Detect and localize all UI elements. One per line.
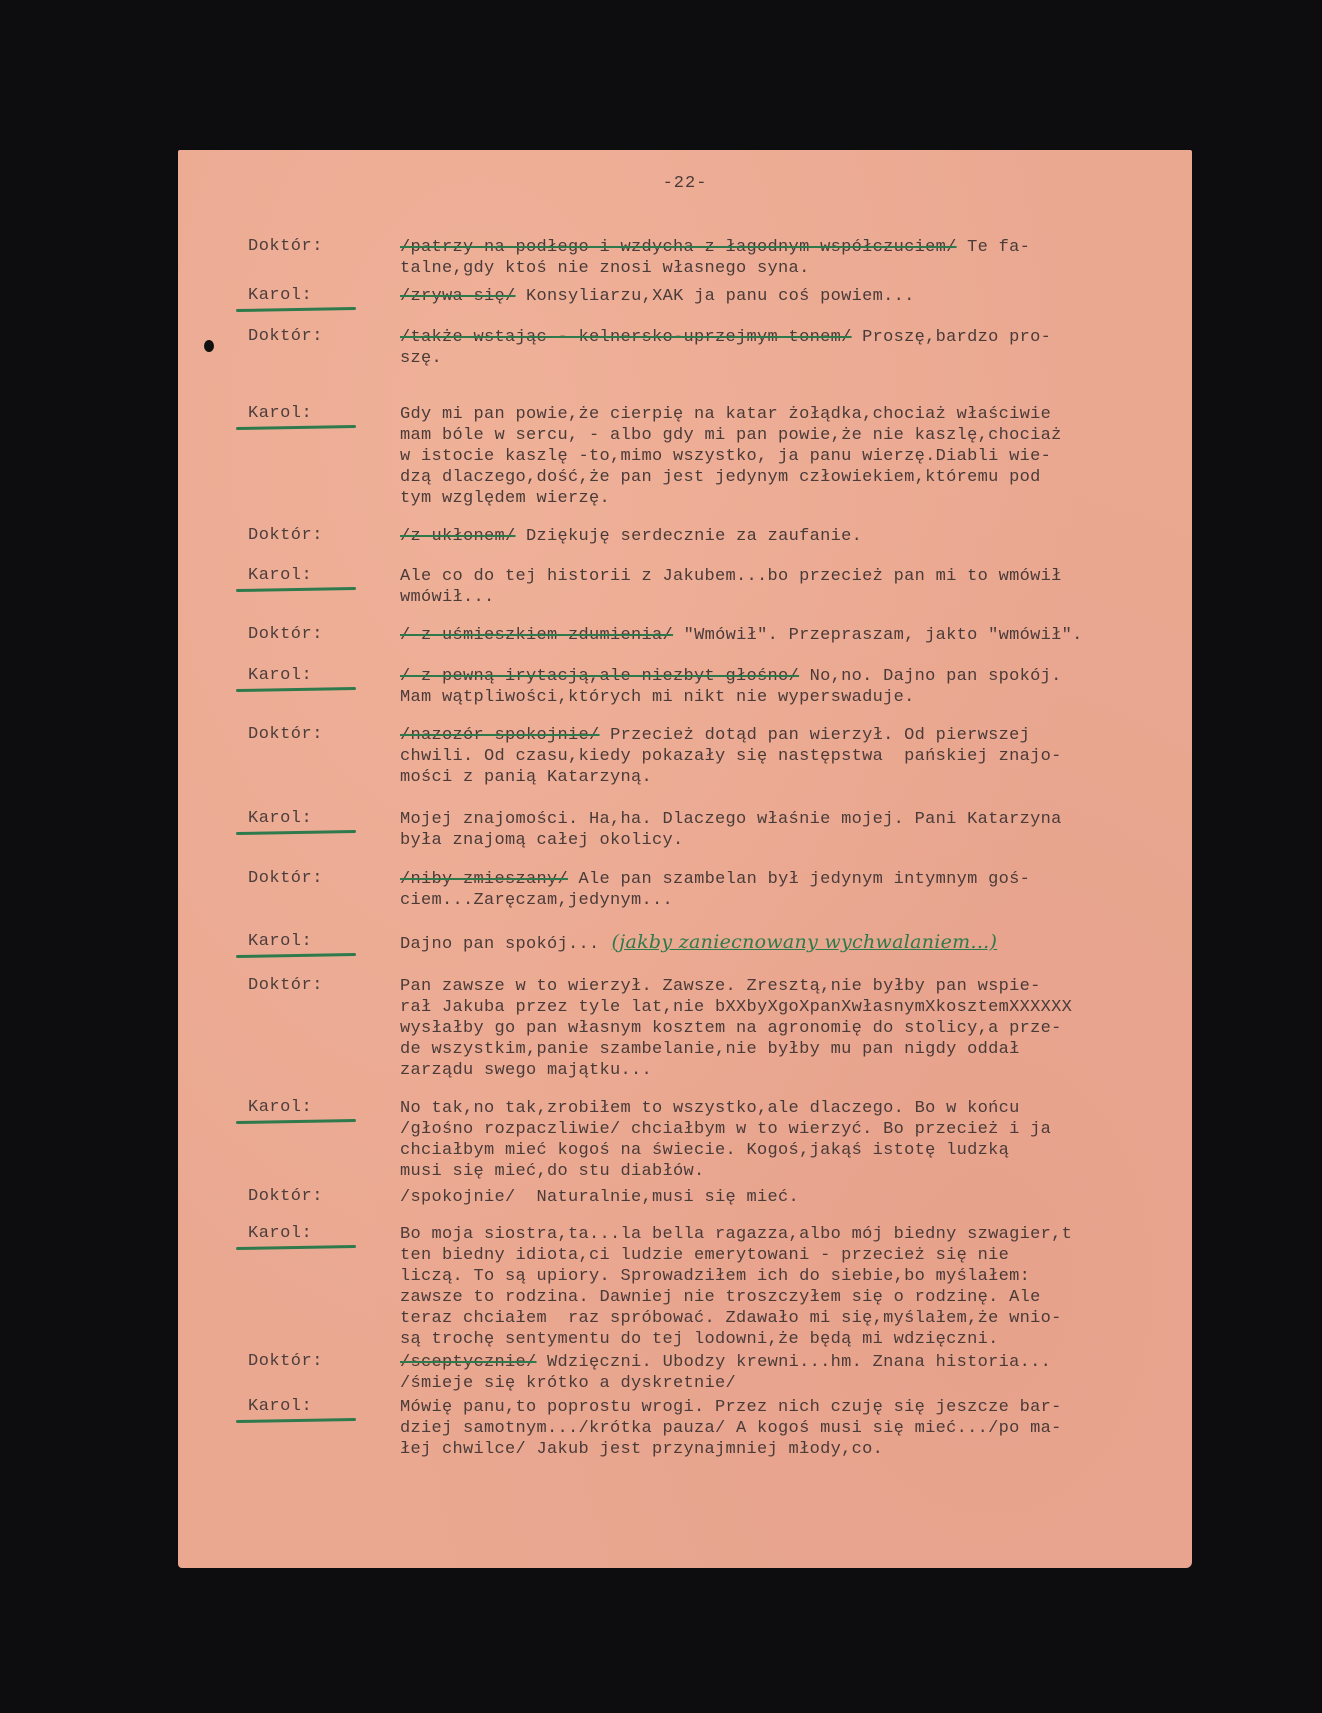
speaker-label: Doktór: xyxy=(248,976,323,995)
line-text: /głośno rozpaczliwie/ chciałbym w to wie… xyxy=(400,1120,1051,1139)
text-line: ciem...Zaręczam,jedynym... xyxy=(400,890,1200,911)
text-line: /nazozór spokojnie/ Przecież dotąd pan w… xyxy=(400,725,1200,746)
text-line: musi się mieć,do stu diabłów. xyxy=(400,1161,1200,1182)
text-line: mości z panią Katarzyną. xyxy=(400,767,1200,788)
speaker-underline-mark xyxy=(236,587,356,592)
speaker-underline-mark xyxy=(236,830,356,835)
line-text: chciałbym mieć kogoś na świecie. Kogoś,j… xyxy=(400,1141,1009,1160)
dialogue-text: Pan zawsze w to wierzył. Zawsze. Zresztą… xyxy=(400,976,1200,1081)
line-text: była znajomą całej okolicy. xyxy=(400,831,684,850)
text-line: w istocie kaszlę -to,mimo wszystko, ja p… xyxy=(400,446,1200,467)
line-text: liczą. To są upiory. Sprowadziłem ich do… xyxy=(400,1267,1030,1286)
line-text: w istocie kaszlę -to,mimo wszystko, ja p… xyxy=(400,447,1051,466)
text-line: wmówił... xyxy=(400,587,1200,608)
struck-stage-direction: /patrzy na podłego i wzdycha z łagodnym … xyxy=(400,238,957,257)
text-line: / z pewną irytacją,ale niezbyt głośno/ N… xyxy=(400,666,1200,687)
text-line: dziej samotnym.../krótka pauza/ A kogoś … xyxy=(400,1418,1200,1439)
text-line: de wszystkim,panie szambelanie,nie byłby… xyxy=(400,1039,1200,1060)
line-text: de wszystkim,panie szambelanie,nie byłby… xyxy=(400,1040,1020,1059)
struck-stage-direction: / z uśmieszkiem zdumienia/ xyxy=(400,626,673,645)
text-line: /śmieje się krótko a dyskretnie/ xyxy=(400,1373,1200,1394)
line-text: są trochę sentymentu do tej lodowni,że b… xyxy=(400,1330,999,1349)
text-line: teraz chciałem raz spróbować. Zdawało mi… xyxy=(400,1308,1200,1329)
line-text: Te fa- xyxy=(967,238,1030,257)
speaker-label: Doktór: xyxy=(248,237,323,256)
struck-stage-direction: /także wstając - kelnersko-uprzejmym ton… xyxy=(400,328,852,347)
dialogue-text: Bo moja siostra,ta...la bella ragazza,al… xyxy=(400,1224,1200,1350)
line-text: mości z panią Katarzyną. xyxy=(400,768,652,787)
speaker-label: Doktór: xyxy=(248,1187,323,1206)
text-line: Dajno pan spokój...(jakby zaniecnowany w… xyxy=(400,932,1200,955)
speaker-underline-mark xyxy=(236,307,356,312)
speaker-label: Karol: xyxy=(248,1224,312,1243)
line-text: Pan zawsze w to wierzył. Zawsze. Zresztą… xyxy=(400,977,1041,996)
line-text: talne,gdy ktoś nie znosi własnego syna. xyxy=(400,259,810,278)
line-text: Dajno pan spokój... xyxy=(400,935,600,954)
speaker-label: Doktór: xyxy=(248,327,323,346)
line-text: chwili. Od czasu,kiedy pokazały się nast… xyxy=(400,747,1062,766)
text-line: Mam wątpliwości,których mi nikt nie wype… xyxy=(400,687,1200,708)
speaker-label: Doktór: xyxy=(248,725,323,744)
line-text: No,no. Dajno pan spokój. xyxy=(810,667,1062,686)
speaker-label: Doktór: xyxy=(248,869,323,888)
line-text: Dziękuję serdecznie za zaufanie. xyxy=(526,527,862,546)
line-text: dzą dlaczego,dość,że pan jest jedynym cz… xyxy=(400,468,1041,487)
dialogue-text: /nazozór spokojnie/ Przecież dotąd pan w… xyxy=(400,725,1200,788)
text-line: /także wstając - kelnersko-uprzejmym ton… xyxy=(400,327,1200,348)
text-line: zarządu swego majątku... xyxy=(400,1060,1200,1081)
speaker-underline-mark xyxy=(236,425,356,430)
text-line: Pan zawsze w to wierzył. Zawsze. Zresztą… xyxy=(400,976,1200,997)
speaker-label: Karol: xyxy=(248,809,312,828)
dialogue-text: /patrzy na podłego i wzdycha z łagodnym … xyxy=(400,237,1200,279)
line-text: ten biedny idiota,ci ludzie emerytowani … xyxy=(400,1246,1009,1265)
text-line: była znajomą całej okolicy. xyxy=(400,830,1200,851)
dialogue-text: Dajno pan spokój...(jakby zaniecnowany w… xyxy=(400,932,1200,955)
line-text: szę. xyxy=(400,349,442,368)
document-page: -22- Doktór:/patrzy na podłego i wzdycha… xyxy=(178,150,1192,1568)
line-text: Proszę,bardzo pro- xyxy=(862,328,1051,347)
struck-stage-direction: /z ukłonem/ xyxy=(400,527,516,546)
struck-stage-direction: /zrywa się/ xyxy=(400,287,516,306)
text-line: talne,gdy ktoś nie znosi własnego syna. xyxy=(400,258,1200,279)
dialogue-text: /z ukłonem/ Dziękuję serdecznie za zaufa… xyxy=(400,526,1200,547)
line-text: Konsyliarzu,XAK ja panu coś powiem... xyxy=(526,287,915,306)
dialogue-text: /zrywa się/ Konsyliarzu,XAK ja panu coś … xyxy=(400,286,1200,307)
speaker-label: Karol: xyxy=(248,404,312,423)
text-line: chciałbym mieć kogoś na świecie. Kogoś,j… xyxy=(400,1140,1200,1161)
struck-stage-direction: / z pewną irytacją,ale niezbyt głośno/ xyxy=(400,667,799,686)
line-text: Bo moja siostra,ta...la bella ragazza,al… xyxy=(400,1225,1072,1244)
speaker-label: Doktór: xyxy=(248,1352,323,1371)
dialogue-text: /także wstając - kelnersko-uprzejmym ton… xyxy=(400,327,1200,369)
struck-stage-direction: /nazozór spokojnie/ xyxy=(400,726,600,745)
dialogue-text: Gdy mi pan powie,że cierpię na katar żoł… xyxy=(400,404,1200,509)
speaker-label: Karol: xyxy=(248,1098,312,1117)
speaker-label: Karol: xyxy=(248,1397,312,1416)
line-text: Ale pan szambelan był jedynym intymnym g… xyxy=(579,870,1031,889)
dialogue-text: /spokojnie/ Naturalnie,musi się mieć. xyxy=(400,1187,1200,1208)
line-text: łej chwilce/ Jakub jest przynajmniej mło… xyxy=(400,1440,883,1459)
text-line: /głośno rozpaczliwie/ chciałbym w to wie… xyxy=(400,1119,1200,1140)
dialogue-text: No tak,no tak,zrobiłem to wszystko,ale d… xyxy=(400,1098,1200,1182)
text-line: łej chwilce/ Jakub jest przynajmniej mło… xyxy=(400,1439,1200,1460)
line-text: /śmieje się krótko a dyskretnie/ xyxy=(400,1374,736,1393)
speaker-label: Karol: xyxy=(248,286,312,305)
handwritten-note: (jakby zaniecnowany wychwalaniem...) xyxy=(612,931,998,953)
text-line: Ale co do tej historii z Jakubem...bo pr… xyxy=(400,566,1200,587)
speaker-label: Doktór: xyxy=(248,625,323,644)
speaker-label: Karol: xyxy=(248,932,312,951)
text-line: mam bóle w sercu, - albo gdy mi pan powi… xyxy=(400,425,1200,446)
text-line: Gdy mi pan powie,że cierpię na katar żoł… xyxy=(400,404,1200,425)
line-text: zarządu swego majątku... xyxy=(400,1061,652,1080)
text-line: /zrywa się/ Konsyliarzu,XAK ja panu coś … xyxy=(400,286,1200,307)
text-line: /z ukłonem/ Dziękuję serdecznie za zaufa… xyxy=(400,526,1200,547)
line-text: Gdy mi pan powie,że cierpię na katar żoł… xyxy=(400,405,1051,424)
speaker-underline-mark xyxy=(236,1245,356,1250)
line-text: mam bóle w sercu, - albo gdy mi pan powi… xyxy=(400,426,1062,445)
text-line: / z uśmieszkiem zdumienia/ "Wmówił". Prz… xyxy=(400,625,1200,646)
struck-stage-direction: /niby zmieszany/ xyxy=(400,870,568,889)
speaker-label: Karol: xyxy=(248,666,312,685)
speaker-label: Karol: xyxy=(248,566,312,585)
speaker-underline-mark xyxy=(236,1119,356,1124)
dialogue-text: /niby zmieszany/ Ale pan szambelan był j… xyxy=(400,869,1200,911)
text-line: szę. xyxy=(400,348,1200,369)
dialogue-text: / z pewną irytacją,ale niezbyt głośno/ N… xyxy=(400,666,1200,708)
speaker-underline-mark xyxy=(236,687,356,692)
line-text: No tak,no tak,zrobiłem to wszystko,ale d… xyxy=(400,1099,1020,1118)
line-text: "Wmówił". Przepraszam, jakto "wmówił". xyxy=(684,626,1083,645)
text-line: No tak,no tak,zrobiłem to wszystko,ale d… xyxy=(400,1098,1200,1119)
line-text: musi się mieć,do stu diabłów. xyxy=(400,1162,705,1181)
line-text: Ale co do tej historii z Jakubem...bo pr… xyxy=(400,567,1062,586)
text-line: chwili. Od czasu,kiedy pokazały się nast… xyxy=(400,746,1200,767)
line-text: dziej samotnym.../krótka pauza/ A kogoś … xyxy=(400,1419,1062,1438)
dialogue-text: / z uśmieszkiem zdumienia/ "Wmówił". Prz… xyxy=(400,625,1200,646)
line-text: rał Jakuba przez tyle lat,nie bXXbyXgoXp… xyxy=(400,998,1072,1017)
text-line: Bo moja siostra,ta...la bella ragazza,al… xyxy=(400,1224,1200,1245)
line-text: /spokojnie/ Naturalnie,musi się mieć. xyxy=(400,1188,799,1207)
speaker-underline-mark xyxy=(236,1418,356,1423)
struck-stage-direction: /sceptycznie/ xyxy=(400,1353,537,1372)
line-text: wmówił... xyxy=(400,588,495,607)
text-line: Mówię panu,to poprostu wrogi. Przez nich… xyxy=(400,1397,1200,1418)
text-line: są trochę sentymentu do tej lodowni,że b… xyxy=(400,1329,1200,1350)
dialogue-text: Mówię panu,to poprostu wrogi. Przez nich… xyxy=(400,1397,1200,1460)
text-line: Mojej znajomości. Ha,ha. Dlaczego właśni… xyxy=(400,809,1200,830)
text-line: dzą dlaczego,dość,że pan jest jedynym cz… xyxy=(400,467,1200,488)
speaker-underline-mark xyxy=(236,953,356,958)
dialogue-text: Mojej znajomości. Ha,ha. Dlaczego właśni… xyxy=(400,809,1200,851)
text-line: ten biedny idiota,ci ludzie emerytowani … xyxy=(400,1245,1200,1266)
text-line: /patrzy na podłego i wzdycha z łagodnym … xyxy=(400,237,1200,258)
punch-hole-mark xyxy=(204,340,214,352)
text-line: /niby zmieszany/ Ale pan szambelan był j… xyxy=(400,869,1200,890)
line-text: Mówię panu,to poprostu wrogi. Przez nich… xyxy=(400,1398,1062,1417)
text-line: liczą. To są upiory. Sprowadziłem ich do… xyxy=(400,1266,1200,1287)
text-line: wysłałby go pan własnym kosztem na agron… xyxy=(400,1018,1200,1039)
text-line: rał Jakuba przez tyle lat,nie bXXbyXgoXp… xyxy=(400,997,1200,1018)
text-line: /sceptycznie/ Wdzięczni. Ubodzy krewni..… xyxy=(400,1352,1200,1373)
text-line: zawsze to rodzina. Dawniej nie troszczył… xyxy=(400,1287,1200,1308)
line-text: wysłałby go pan własnym kosztem na agron… xyxy=(400,1019,1062,1038)
line-text: ciem...Zaręczam,jedynym... xyxy=(400,891,673,910)
text-line: tym względem wierzę. xyxy=(400,488,1200,509)
line-text: teraz chciałem raz spróbować. Zdawało mi… xyxy=(400,1309,1062,1328)
line-text: Mojej znajomości. Ha,ha. Dlaczego właśni… xyxy=(400,810,1062,829)
line-text: Wdzięczni. Ubodzy krewni...hm. Znana his… xyxy=(547,1353,1051,1372)
text-line: /spokojnie/ Naturalnie,musi się mieć. xyxy=(400,1187,1200,1208)
page-number: -22- xyxy=(178,174,1192,193)
line-text: Mam wątpliwości,których mi nikt nie wype… xyxy=(400,688,915,707)
dialogue-text: /sceptycznie/ Wdzięczni. Ubodzy krewni..… xyxy=(400,1352,1200,1394)
dialogue-text: Ale co do tej historii z Jakubem...bo pr… xyxy=(400,566,1200,608)
speaker-label: Doktór: xyxy=(248,526,323,545)
line-text: tym względem wierzę. xyxy=(400,489,610,508)
line-text: zawsze to rodzina. Dawniej nie troszczył… xyxy=(400,1288,1041,1307)
line-text: Przecież dotąd pan wierzył. Od pierwszej xyxy=(610,726,1030,745)
